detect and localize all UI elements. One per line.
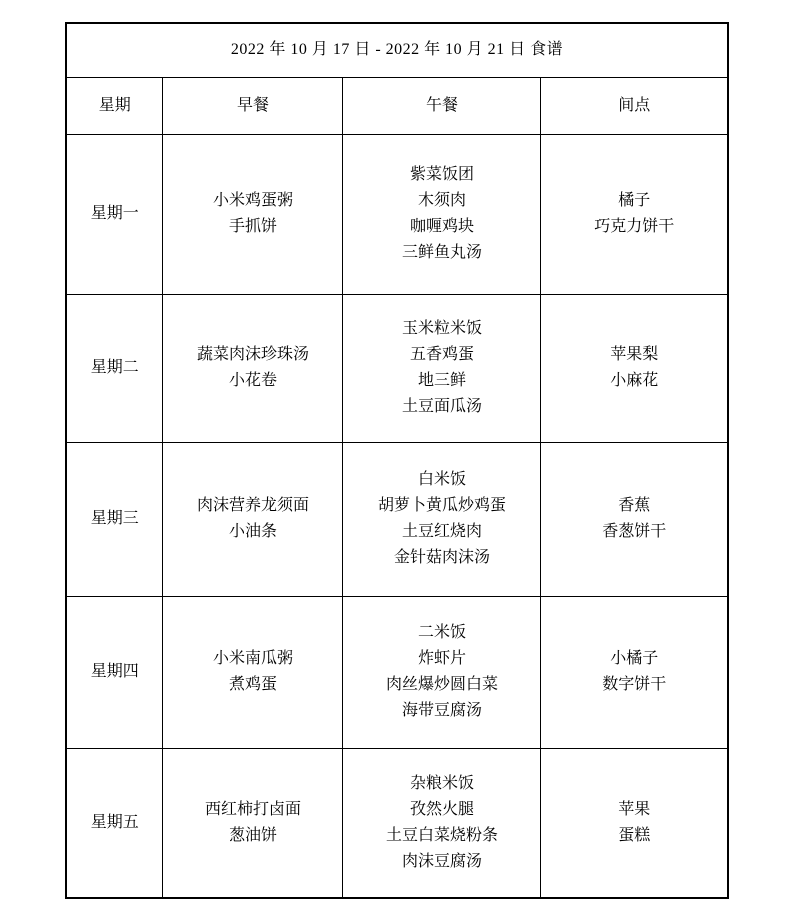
- table-row-monday: 星期一 小米鸡蛋粥 手抓饼 紫菜饭团 木须肉 咖喱鸡块 三鲜鱼丸汤 橘子 巧克力…: [66, 134, 728, 294]
- snack-cell: 小橘子 数字饼干: [541, 596, 728, 748]
- menu-table: 2022 年 10 月 17 日 - 2022 年 10 月 21 日 食谱 星…: [65, 22, 729, 899]
- lunch-cell: 白米饭 胡萝卜黄瓜炒鸡蛋 土豆红烧肉 金针菇肉沫汤: [343, 442, 541, 596]
- lunch-cell: 紫菜饭团 木须肉 咖喱鸡块 三鲜鱼丸汤: [343, 134, 541, 294]
- snack-cell: 苹果梨 小麻花: [541, 294, 728, 442]
- column-header-breakfast: 早餐: [163, 77, 343, 134]
- lunch-cell: 杂粮米饭 孜然火腿 土豆白菜烧粉条 肉沫豆腐汤: [343, 748, 541, 898]
- column-header-lunch: 午餐: [343, 77, 541, 134]
- table-title: 2022 年 10 月 17 日 - 2022 年 10 月 21 日 食谱: [66, 23, 728, 77]
- title-row: 2022 年 10 月 17 日 - 2022 年 10 月 21 日 食谱: [66, 23, 728, 77]
- day-cell: 星期四: [66, 596, 163, 748]
- header-row: 星期 早餐 午餐 间点: [66, 77, 728, 134]
- day-cell: 星期五: [66, 748, 163, 898]
- breakfast-cell: 蔬菜肉沫珍珠汤 小花卷: [163, 294, 343, 442]
- column-header-snack: 间点: [541, 77, 728, 134]
- lunch-cell: 玉米粒米饭 五香鸡蛋 地三鲜 土豆面瓜汤: [343, 294, 541, 442]
- lunch-cell: 二米饭 炸虾片 肉丝爆炒圆白菜 海带豆腐汤: [343, 596, 541, 748]
- snack-cell: 橘子 巧克力饼干: [541, 134, 728, 294]
- breakfast-cell: 小米南瓜粥 煮鸡蛋: [163, 596, 343, 748]
- table-row-thursday: 星期四 小米南瓜粥 煮鸡蛋 二米饭 炸虾片 肉丝爆炒圆白菜 海带豆腐汤 小橘子 …: [66, 596, 728, 748]
- day-cell: 星期一: [66, 134, 163, 294]
- table-row-tuesday: 星期二 蔬菜肉沫珍珠汤 小花卷 玉米粒米饭 五香鸡蛋 地三鲜 土豆面瓜汤 苹果梨…: [66, 294, 728, 442]
- column-header-day: 星期: [66, 77, 163, 134]
- document-page: 2022 年 10 月 17 日 - 2022 年 10 月 21 日 食谱 星…: [0, 0, 794, 912]
- snack-cell: 香蕉 香葱饼干: [541, 442, 728, 596]
- day-cell: 星期二: [66, 294, 163, 442]
- snack-cell: 苹果 蛋糕: [541, 748, 728, 898]
- day-cell: 星期三: [66, 442, 163, 596]
- breakfast-cell: 肉沫营养龙须面 小油条: [163, 442, 343, 596]
- breakfast-cell: 小米鸡蛋粥 手抓饼: [163, 134, 343, 294]
- table-row-wednesday: 星期三 肉沫营养龙须面 小油条 白米饭 胡萝卜黄瓜炒鸡蛋 土豆红烧肉 金针菇肉沫…: [66, 442, 728, 596]
- table-row-friday: 星期五 西红柿打卤面 葱油饼 杂粮米饭 孜然火腿 土豆白菜烧粉条 肉沫豆腐汤 苹…: [66, 748, 728, 898]
- breakfast-cell: 西红柿打卤面 葱油饼: [163, 748, 343, 898]
